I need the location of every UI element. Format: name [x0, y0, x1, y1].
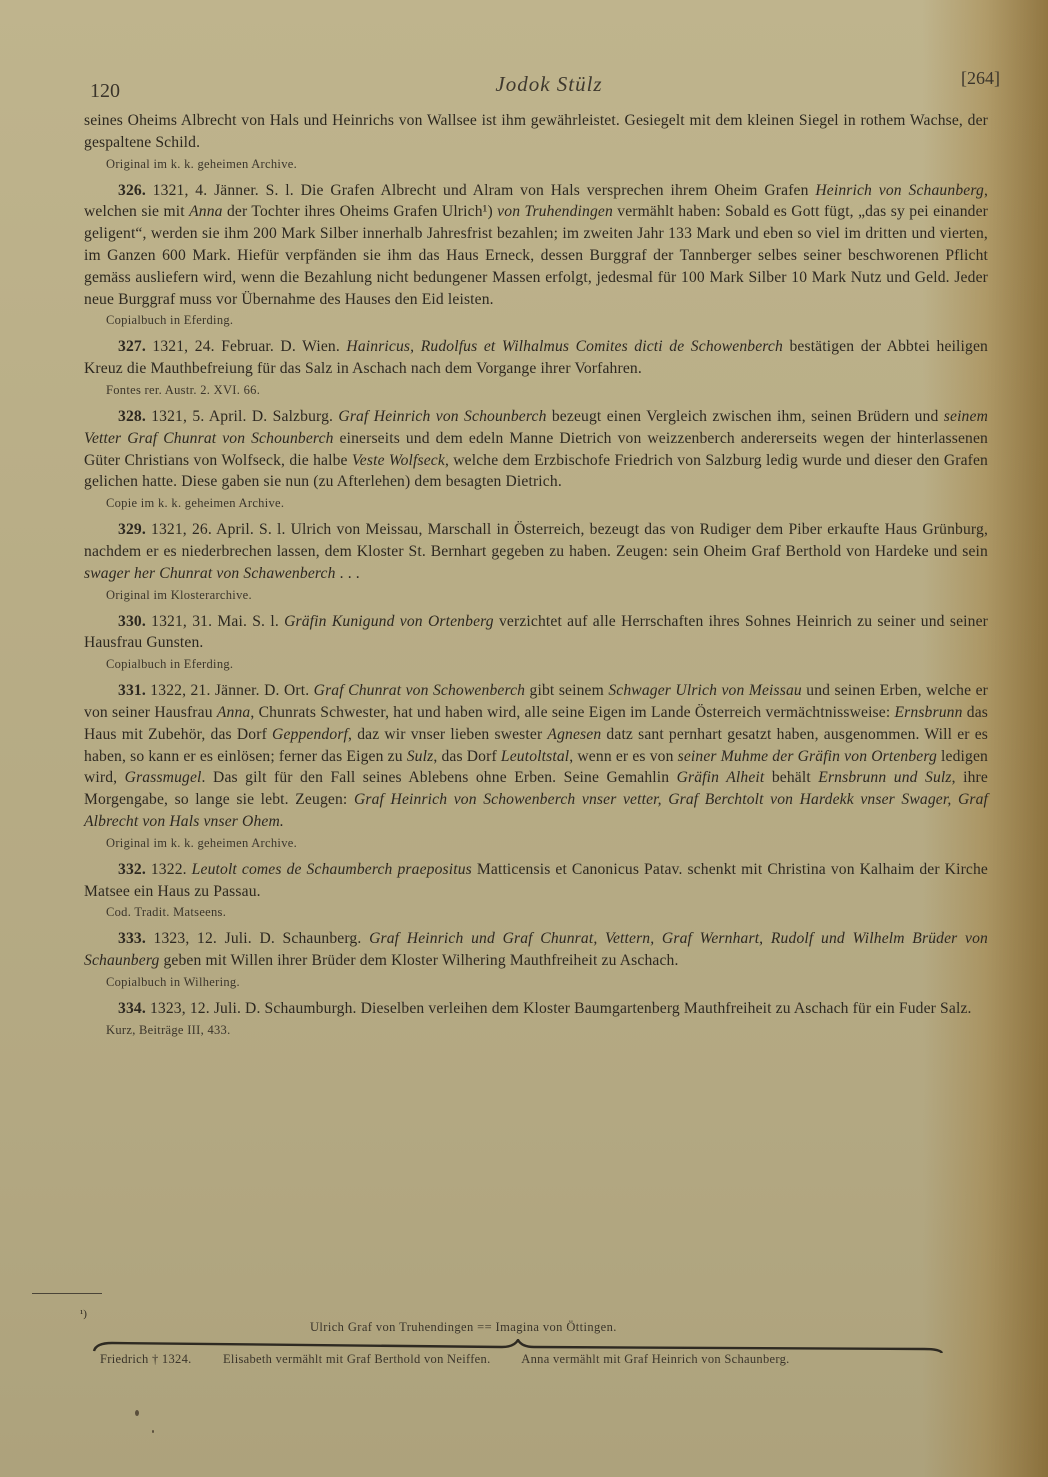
- running-head: 120 Jodok Stülz [264]: [90, 72, 1008, 102]
- genealogy-parents: Ulrich Graf von Truhendingen == Imagina …: [310, 1320, 617, 1335]
- entry-italic-name: Geppendorf: [272, 726, 348, 743]
- entry-italic-name: Grassmugel: [125, 769, 202, 786]
- entry-italic-name: Gräfin Alheit: [677, 769, 765, 786]
- entry-number: 329.: [118, 521, 146, 538]
- entry-fragment: 1321, 26. April. S. l. Ulrich von Meissa…: [84, 521, 988, 560]
- entry-fragment: 1323, 12. Juli. D. Schaumburgh. Dieselbe…: [146, 1000, 972, 1017]
- entry-fragment: bezeugt einen Vergleich zwischen ihm, se…: [547, 408, 944, 425]
- entry-source: Copialbuch in Eferding.: [84, 310, 988, 330]
- entry-text: 330. 1321, 31. Mai. S. l. Gräfin Kunigun…: [84, 611, 988, 655]
- genealogy-child: Friedrich † 1324.: [100, 1352, 192, 1366]
- running-title-author: Jodok Stülz: [90, 72, 1008, 97]
- entry-source: Cod. Tradit. Matseens.: [84, 902, 988, 922]
- folio-number: [264]: [961, 68, 1000, 89]
- entry-fragment: 1321, 31. Mai. S. l.: [146, 613, 284, 630]
- entry-number: 326.: [118, 182, 146, 199]
- entry-italic-name: seiner Muhme der Gräfin von Ortenberg: [678, 748, 937, 765]
- entry-italic-name: Agnesen: [547, 726, 601, 743]
- entry-fragment: , Chunrats Schwester, hat und haben wird…: [250, 704, 894, 721]
- entry-italic-name: Leutolt comes de Schaumberch praepositus: [192, 861, 472, 878]
- entry-fragment: 1321, 4. Jänner. S. l. Die Grafen Albrec…: [146, 182, 815, 199]
- entry-italic-name: Sulz: [407, 748, 434, 765]
- entry-italic-name: Leutoltstal: [501, 748, 569, 765]
- entry-fragment: 1321, 5. April. D. Salzburg.: [146, 408, 339, 425]
- regesta-entry: 332. 1322. Leutolt comes de Schaumberch …: [84, 859, 988, 923]
- regesta-entry: 330. 1321, 31. Mai. S. l. Gräfin Kunigun…: [84, 611, 988, 675]
- entry-fragment: 1322, 21. Jänner. D. Ort.: [146, 682, 314, 699]
- entry-fragment: 1322.: [146, 861, 192, 878]
- entry-number: 327.: [118, 338, 146, 355]
- entry-number: 331.: [118, 682, 146, 699]
- entry-text: 326. 1321, 4. Jänner. S. l. Die Grafen A…: [84, 180, 988, 311]
- entry-fragment: behält: [764, 769, 818, 786]
- regesta-entry: 326. 1321, 4. Jänner. S. l. Die Grafen A…: [84, 180, 988, 331]
- entry-italic-name: Schwager Ulrich von Meissau: [608, 682, 802, 699]
- entry-italic-name: Hainricus, Rudolfus et Wilhalmus Comites…: [346, 338, 783, 355]
- page-body: seines Oheims Albrecht von Hals und Hein…: [84, 110, 988, 1046]
- entry-text: 331. 1322, 21. Jänner. D. Ort. Graf Chun…: [84, 680, 988, 833]
- entry-fragment: der Tochter ihres Oheims Grafen Ulrich¹): [223, 203, 498, 220]
- entry-source: Copialbuch in Wilhering.: [84, 972, 988, 992]
- genealogy-child: Anna vermählt mit Graf Heinrich von Scha…: [521, 1352, 789, 1366]
- entry-italic-name: Graf Chunrat von Schowenberch: [314, 682, 525, 699]
- continued-entry-text: seines Oheims Albrecht von Hals und Hein…: [84, 110, 988, 154]
- paper-speck: [135, 1410, 139, 1416]
- entry-source: Fontes rer. Austr. 2. XVI. 66.: [84, 380, 988, 400]
- genealogy-child: Elisabeth vermählt mit Graf Berthold von…: [223, 1352, 491, 1366]
- entry-source: Copialbuch in Eferding.: [84, 654, 988, 674]
- entry-italic-name: Graf Heinrich von Schounberch: [338, 408, 546, 425]
- entry-fragment: , das Dorf: [433, 748, 501, 765]
- entry-italic-name: Gräfin Kunigund von Ortenberg: [284, 613, 494, 630]
- entry-source: Original im k. k. geheimen Archive.: [84, 833, 988, 853]
- entry-text: 327. 1321, 24. Februar. D. Wien. Hainric…: [84, 336, 988, 380]
- entry-text: 333. 1323, 12. Juli. D. Schaunberg. Graf…: [84, 928, 988, 972]
- regesta-entry: 331. 1322, 21. Jänner. D. Ort. Graf Chun…: [84, 680, 988, 853]
- entry-fragment: , wenn er es von: [569, 748, 677, 765]
- entry-fragment: 1323, 12. Juli. D. Schaunberg.: [146, 930, 369, 947]
- entry-number: 333.: [118, 930, 146, 947]
- book-page: 120 Jodok Stülz [264] seines Oheims Albr…: [0, 0, 1048, 1477]
- footnote-marker: ¹): [80, 1308, 87, 1320]
- entry-italic-name: swager her Chunrat von Schawenberch: [84, 565, 336, 582]
- regesta-entry: 334. 1323, 12. Juli. D. Schaumburgh. Die…: [84, 998, 988, 1040]
- regesta-entry: 328. 1321, 5. April. D. Salzburg. Graf H…: [84, 406, 988, 513]
- genealogy-brace-icon: [92, 1339, 944, 1353]
- entry-source: Original im Klosterarchive.: [84, 585, 988, 605]
- footnote-genealogy: ¹) Ulrich Graf von Truhendingen == Imagi…: [80, 1308, 960, 1388]
- entry-italic-name: von Truhendingen: [497, 203, 613, 220]
- entry-number: 334.: [118, 1000, 146, 1017]
- entry-fragment: 1321, 24. Februar. D. Wien.: [146, 338, 347, 355]
- entry-number: 330.: [118, 613, 146, 630]
- entry-text: 334. 1323, 12. Juli. D. Schaumburgh. Die…: [84, 998, 988, 1020]
- regesta-entry: 333. 1323, 12. Juli. D. Schaunberg. Graf…: [84, 928, 988, 992]
- entry-fragment: geben mit Willen ihrer Brüder dem Kloste…: [159, 952, 678, 969]
- entry-italic-name: Veste Wolfseck: [352, 452, 445, 469]
- entry-italic-name: Ernsbrunn und Sulz: [818, 769, 951, 786]
- entry-text: 332. 1322. Leutolt comes de Schaumberch …: [84, 859, 988, 903]
- entry-number: 328.: [118, 408, 146, 425]
- regesta-entry: 327. 1321, 24. Februar. D. Wien. Hainric…: [84, 336, 988, 400]
- entry-fragment: , daz wir vnser lieben swester: [348, 726, 547, 743]
- entry-text: 329. 1321, 26. April. S. l. Ulrich von M…: [84, 519, 988, 584]
- regesta-entries: 326. 1321, 4. Jänner. S. l. Die Grafen A…: [84, 180, 988, 1040]
- entry-fragment: gibt seinem: [525, 682, 608, 699]
- entry-italic-name: Anna: [217, 704, 251, 721]
- entry-fragment: . . .: [336, 565, 360, 582]
- entry-number: 332.: [118, 861, 146, 878]
- footnote-divider: [32, 1293, 102, 1294]
- entry-fragment: . Das gilt für den Fall seines Ablebens …: [202, 769, 677, 786]
- entry-italic-name: Anna: [189, 203, 223, 220]
- entry-text: 328. 1321, 5. April. D. Salzburg. Graf H…: [84, 406, 988, 493]
- entry-source: Original im k. k. geheimen Archive.: [84, 154, 988, 174]
- entry-italic-name: Ernsbrunn: [895, 704, 963, 721]
- genealogy-children: Friedrich † 1324. Elisabeth vermählt mit…: [100, 1352, 960, 1367]
- continued-entry: seines Oheims Albrecht von Hals und Hein…: [84, 110, 988, 174]
- entry-italic-name: Heinrich von Schaunberg: [815, 182, 984, 199]
- regesta-entry: 329. 1321, 26. April. S. l. Ulrich von M…: [84, 519, 988, 604]
- paper-speck: [152, 1430, 154, 1433]
- entry-source: Kurz, Beiträge III, 433.: [84, 1020, 988, 1040]
- entry-source: Copie im k. k. geheimen Archive.: [84, 493, 988, 513]
